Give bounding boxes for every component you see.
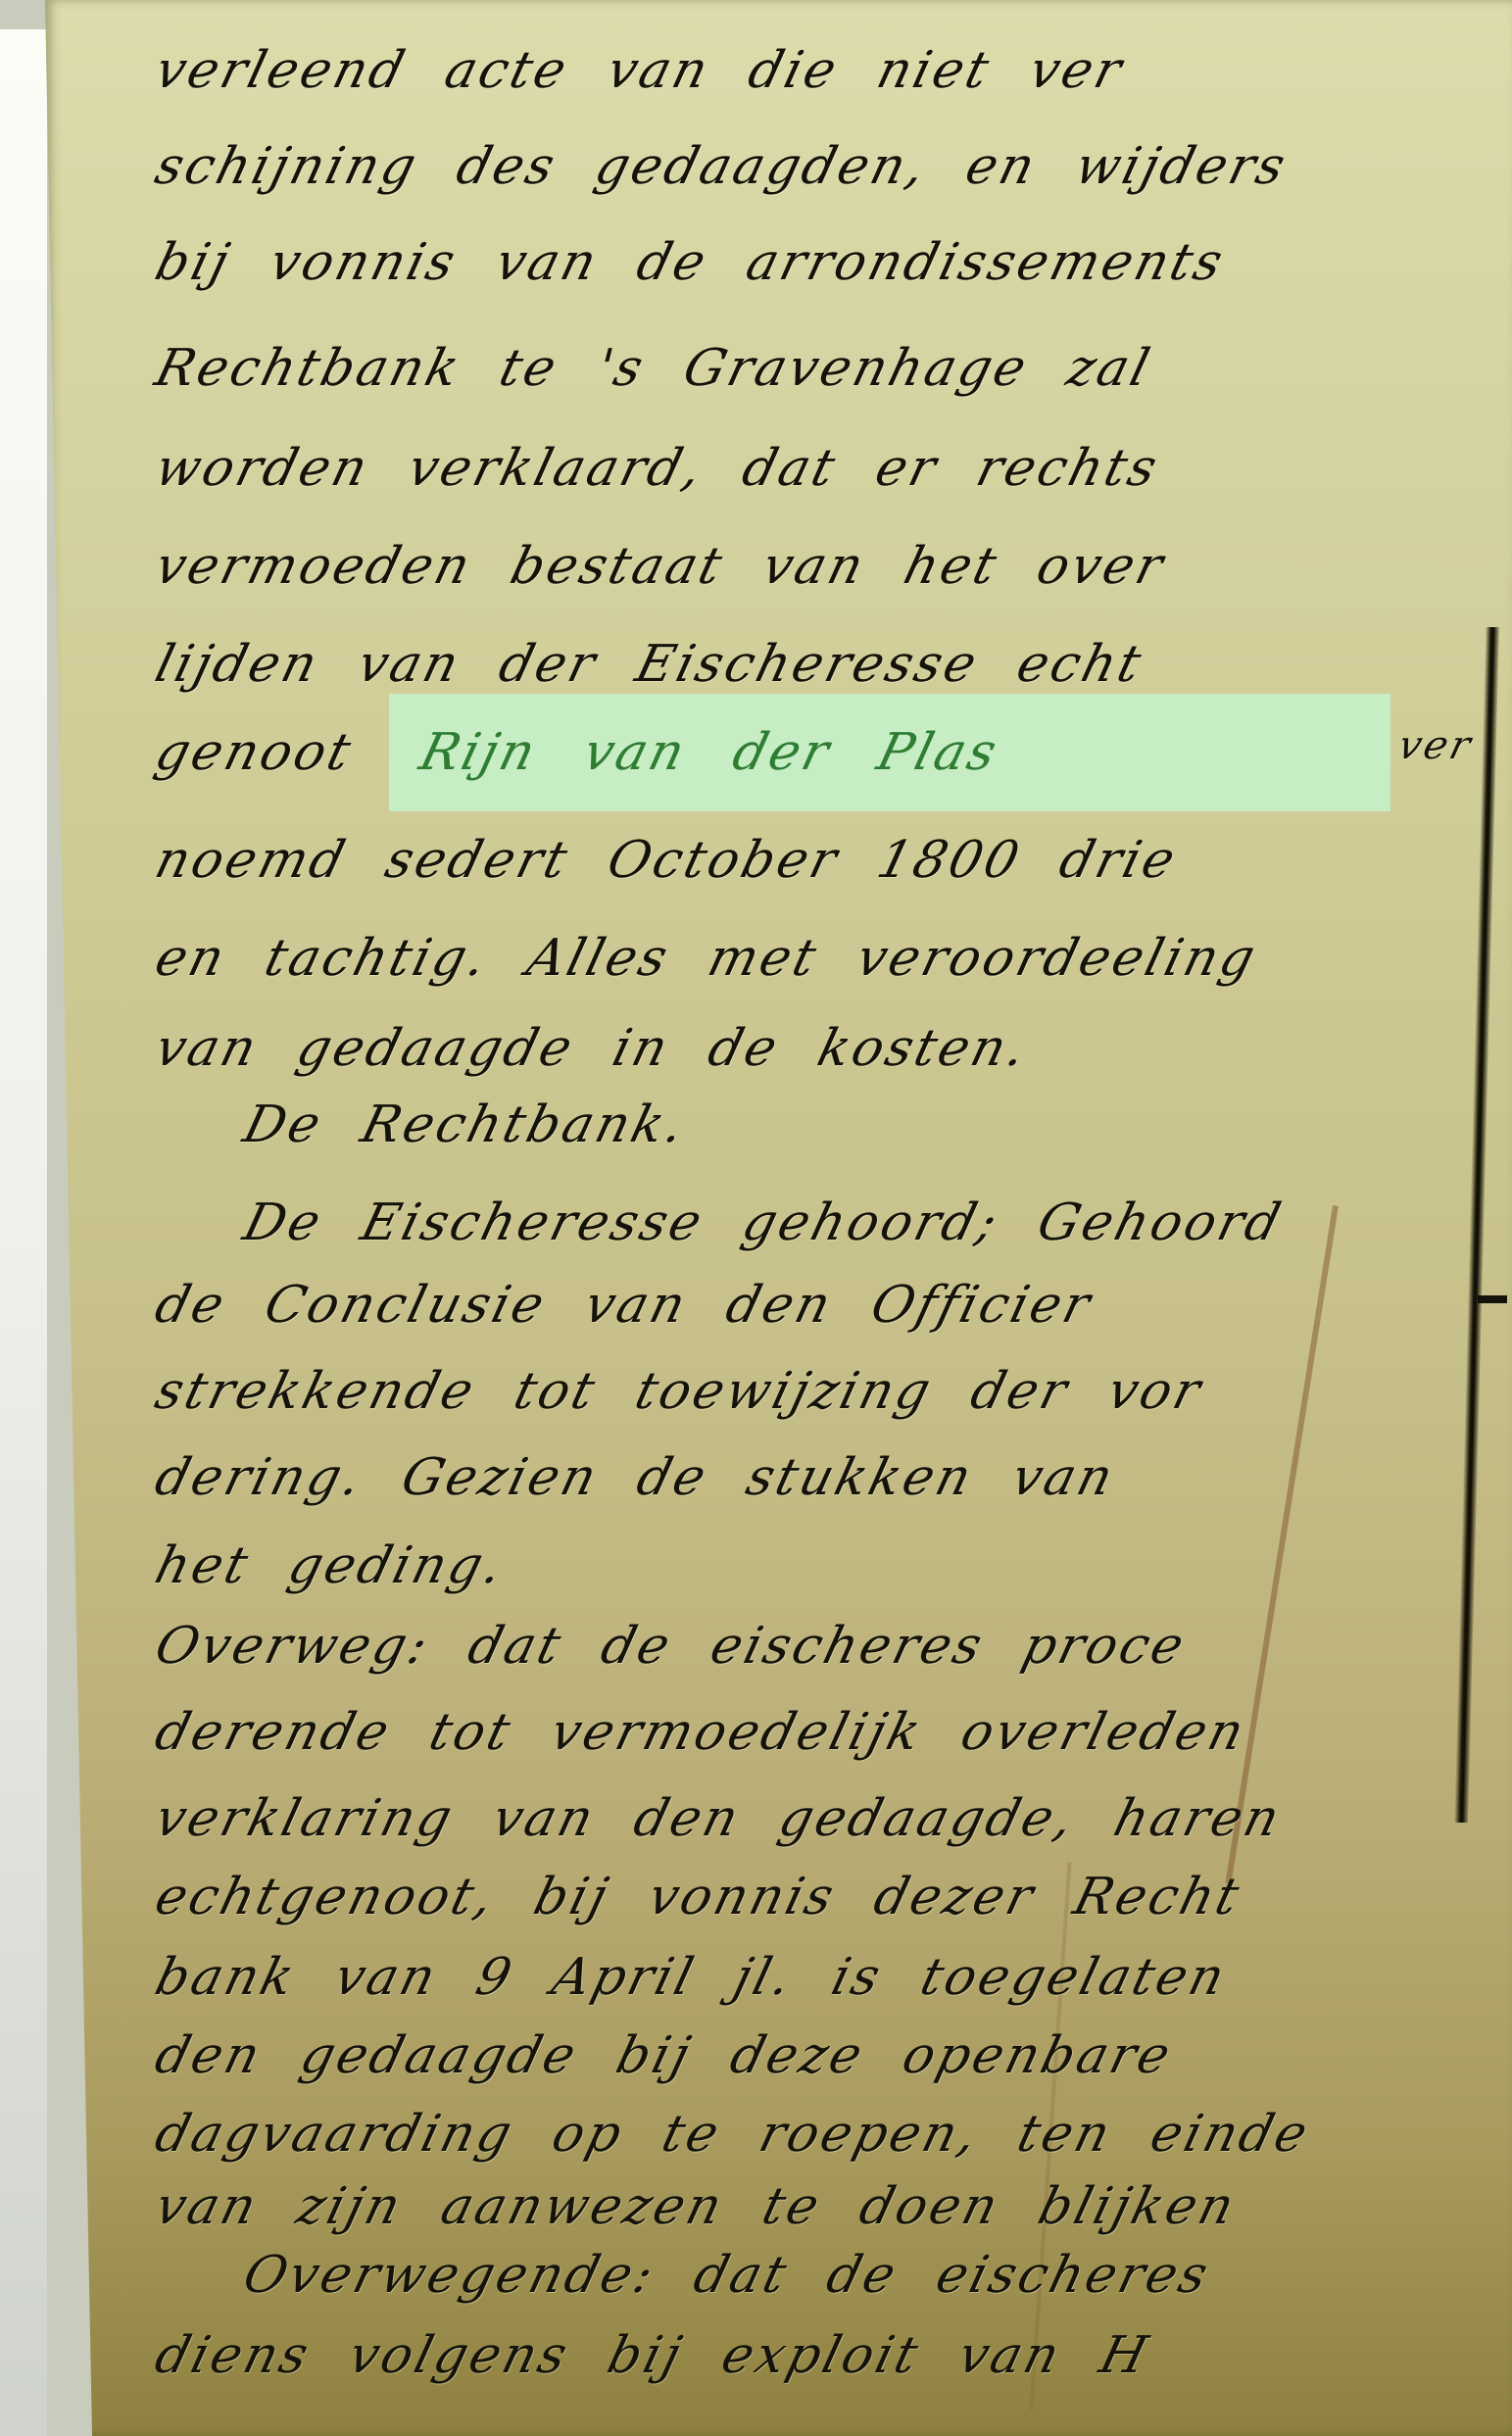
text-line: van zijn aanwezen te doen blijken — [150, 2177, 1478, 2236]
text-line: De Eischeresse gehoord; Gehoord — [150, 1194, 1512, 1252]
left-margin-paper-edge — [0, 29, 47, 2436]
text-line: dering. Gezien de stukken van — [150, 1448, 1478, 1507]
text-line: De Rechtbank. — [150, 1096, 1512, 1154]
text-line: het geding. — [150, 1536, 1478, 1595]
text-line: schijning des gedaagden, en wijders — [150, 137, 1478, 196]
text-line: en tachtig. Alles met veroordeeling — [150, 929, 1478, 988]
text-line: van gedaagde in de kosten. — [150, 1019, 1478, 1078]
text-line: dagvaarding op te roepen, ten einde — [150, 2105, 1478, 2164]
text-line: verklaring van den gedaagde, haren — [150, 1789, 1478, 1848]
text-line: lijden van der Eischeresse echt — [150, 635, 1478, 694]
text-line: noemd sedert October 1800 drie — [150, 831, 1478, 890]
text-line: strekkende tot toewijzing der vor — [150, 1362, 1478, 1421]
text-line: echtgenoot, bij vonnis dezer Recht — [150, 1868, 1478, 1926]
text-line: Rechtbank te 's Gravenhage zal — [150, 339, 1478, 398]
text-line: Overwegende: dat de eischeres — [150, 2246, 1512, 2305]
text-line: vermoeden bestaat van het over — [150, 537, 1478, 596]
text-line: derende tot vermoedelijk overleden — [150, 1703, 1478, 1762]
text-line: worden verklaard, dat er rechts — [150, 439, 1478, 498]
text-line: bij vonnis van de arrondissements — [150, 233, 1478, 292]
page-fold-tab — [1478, 1295, 1507, 1303]
text-line: verleend acte van die niet ver — [150, 41, 1478, 100]
highlighted-name: Rijn van der Plas — [415, 723, 1005, 782]
text-line: de Conclusie van den Officier — [150, 1276, 1478, 1335]
text-line: bank van 9 April jl. is toegelaten — [150, 1948, 1478, 2007]
text-line: diens volgens bij exploit van H — [150, 2326, 1478, 2385]
text-line: Overweg: dat de eischeres proce — [150, 1617, 1478, 1676]
text-line-suffix: ver — [1393, 723, 1512, 768]
text-line: den gedaagde bij deze openbare — [150, 2026, 1478, 2085]
